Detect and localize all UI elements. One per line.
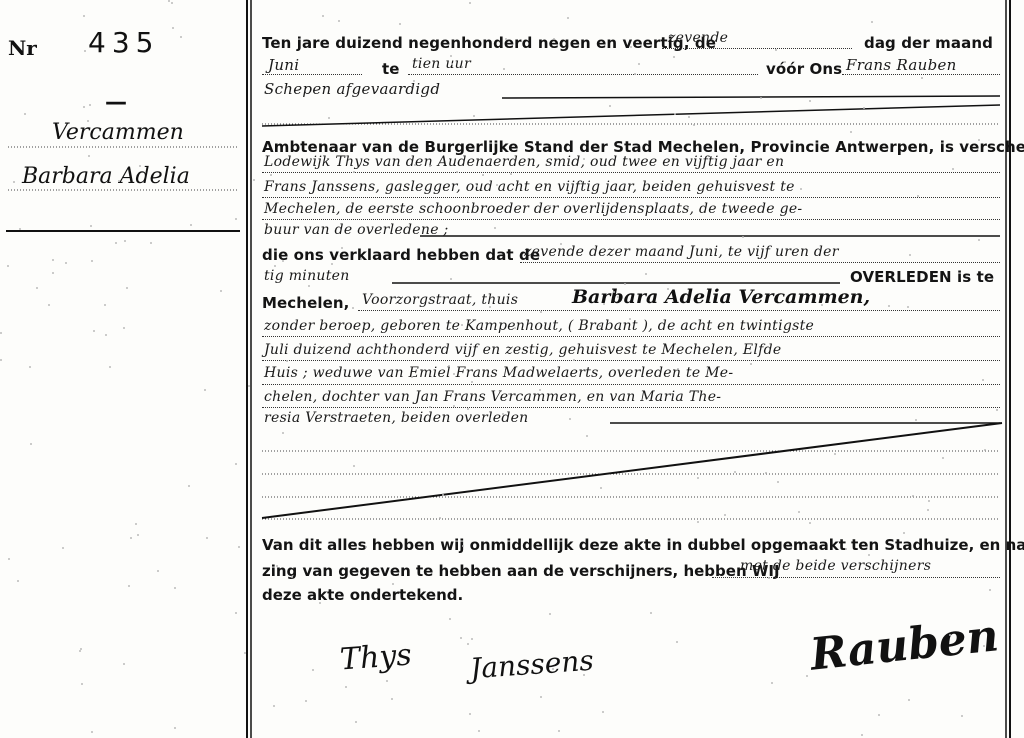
scan-noise <box>674 113 676 115</box>
witness-line-1-rule <box>262 172 1000 173</box>
scan-noise <box>319 602 321 604</box>
witness-line-4: buur van de overledene ; <box>264 222 449 238</box>
margin-surname: Vercammen <box>52 120 184 145</box>
te-label: te <box>382 60 400 78</box>
detail-line-2: Juli duizend achthonderd vijf en zestig,… <box>264 342 781 358</box>
scan-noise <box>908 699 910 701</box>
scan-noise <box>949 634 951 636</box>
time-value: tig minuten <box>264 268 350 284</box>
month-field-line <box>262 74 362 75</box>
hour-field-line <box>408 74 758 75</box>
scan-noise <box>514 327 516 329</box>
scan-noise <box>613 291 615 293</box>
record-number: 435 <box>88 26 159 59</box>
scan-noise <box>989 589 991 591</box>
scan-noise <box>413 80 415 82</box>
scan-noise <box>502 413 504 415</box>
scan-noise <box>771 682 773 684</box>
declared-prefix: die ons verklaard hebben dat de <box>262 246 540 264</box>
scan-noise <box>89 104 91 106</box>
scan-noise <box>448 365 450 367</box>
scan-noise <box>777 481 779 483</box>
scan-noise <box>467 408 469 410</box>
scan-noise <box>83 106 85 108</box>
scan-noise <box>174 587 176 589</box>
detail-line-4: chelen, dochter van Jan Frans Vercammen,… <box>264 389 721 405</box>
scan-noise <box>471 381 473 383</box>
scan-noise <box>124 240 126 242</box>
scan-noise <box>978 139 980 141</box>
scan-noise <box>282 432 284 434</box>
scan-noise <box>583 158 585 160</box>
detail-line-5: resia Verstraeten, beiden overleden <box>264 410 528 426</box>
scan-noise <box>461 66 463 68</box>
scan-noise <box>469 713 471 715</box>
scan-noise <box>809 522 811 524</box>
scan-noise <box>775 49 777 51</box>
scan-noise <box>638 63 640 65</box>
scan-noise <box>276 565 278 567</box>
scan-noise <box>461 324 463 326</box>
scan-noise <box>508 393 510 395</box>
scan-noise <box>927 509 929 511</box>
scan-noise <box>81 683 83 685</box>
scan-noise <box>79 650 81 652</box>
scan-noise <box>411 376 413 378</box>
scan-noise <box>429 165 431 167</box>
scan-noise <box>135 523 137 525</box>
scan-noise <box>168 0 170 2</box>
address: Voorzorgstraat, thuis <box>362 292 518 308</box>
scan-noise <box>567 17 569 19</box>
scan-noise <box>274 265 276 267</box>
scan-noise <box>583 674 585 676</box>
scan-noise <box>7 265 9 267</box>
scan-noise <box>878 714 880 716</box>
scan-noise <box>834 453 836 455</box>
scan-noise <box>760 97 762 99</box>
scan-noise <box>921 77 923 79</box>
scan-noise <box>308 285 310 287</box>
scan-noise <box>629 318 631 320</box>
scan-noise <box>503 68 505 70</box>
scan-noise <box>399 23 401 25</box>
scan-noise <box>83 15 85 17</box>
witness-line-3: Mechelen, de eerste schoonbroeder der ov… <box>264 201 802 217</box>
scan-noise <box>105 334 107 336</box>
scan-noise <box>915 419 917 421</box>
scan-noise <box>928 500 930 502</box>
detail-line-1: zonder beroep, geboren te Kampenhout, ( … <box>264 318 814 334</box>
scan-noise <box>115 242 117 244</box>
scan-noise <box>345 686 347 688</box>
scan-noise <box>667 288 669 290</box>
scan-noise <box>609 105 611 107</box>
scan-noise <box>130 537 132 539</box>
scan-noise <box>600 487 602 489</box>
scan-noise <box>552 668 554 670</box>
scan-noise <box>909 254 911 256</box>
scan-noise <box>494 227 496 229</box>
scan-noise <box>601 346 603 348</box>
detail-rule-1 <box>262 336 1000 337</box>
scan-noise <box>282 260 284 262</box>
scan-noise <box>868 554 870 556</box>
scan-noise <box>248 385 250 387</box>
scan-noise <box>174 727 176 729</box>
scan-noise <box>137 534 139 536</box>
witness-line-3-rule <box>262 219 1000 220</box>
scan-noise <box>29 366 31 368</box>
scan-noise <box>845 548 847 550</box>
scan-noise <box>650 612 652 614</box>
scan-noise <box>58 189 60 191</box>
scan-noise <box>206 537 208 539</box>
scan-noise <box>65 262 67 264</box>
scan-noise <box>673 56 675 58</box>
scan-noise <box>87 120 89 122</box>
mechelen-label: Mechelen, <box>262 294 349 312</box>
scan-noise <box>104 304 106 306</box>
scan-noise <box>560 243 562 245</box>
scan-noise <box>734 471 736 473</box>
closing-line-1: Van dit alles hebben wij onmiddellijk de… <box>262 536 1024 554</box>
scan-noise <box>365 546 367 548</box>
scan-noise <box>52 259 54 261</box>
scan-noise <box>549 613 551 615</box>
scan-noise <box>462 545 464 547</box>
hour-value: tien uur <box>412 56 471 72</box>
scan-noise <box>549 205 551 207</box>
scan-noise <box>553 38 555 40</box>
scan-noise <box>109 366 111 368</box>
scan-noise <box>863 107 865 109</box>
scan-noise <box>0 332 2 334</box>
signature-witness-1: Thys <box>339 638 413 678</box>
scan-noise <box>355 721 357 723</box>
scan-noise <box>478 730 480 732</box>
scan-noise <box>630 46 632 48</box>
witness-line-2-rule <box>262 197 1000 198</box>
scan-noise <box>88 155 90 157</box>
scan-noise <box>24 113 26 115</box>
scan-noise <box>150 242 152 244</box>
scan-noise <box>724 514 726 516</box>
scan-noise <box>903 532 905 534</box>
scan-noise <box>341 247 343 249</box>
scan-noise <box>765 472 767 474</box>
scan-noise <box>118 180 120 182</box>
scan-noise <box>30 443 32 445</box>
scan-noise <box>19 228 21 230</box>
scan-noise <box>469 2 471 4</box>
scan-noise <box>139 165 141 167</box>
scan-noise <box>456 171 458 173</box>
scan-noise <box>305 700 307 702</box>
scan-noise <box>540 696 542 698</box>
scan-noise <box>450 55 452 57</box>
scan-noise <box>942 457 944 459</box>
official-title: Schepen afgevaardigd <box>264 80 440 98</box>
scan-noise <box>180 36 182 38</box>
scan-noise <box>509 518 511 520</box>
scan-noise <box>983 645 985 647</box>
scan-noise <box>331 263 333 265</box>
day-field-line <box>662 48 852 49</box>
scan-noise <box>17 580 19 582</box>
scan-noise <box>806 675 808 677</box>
scan-noise <box>36 287 38 289</box>
record-number-label: Nr <box>8 36 37 60</box>
scan-noise <box>510 173 512 175</box>
scan-noise <box>48 304 50 306</box>
scan-noise <box>996 409 998 411</box>
scan-noise <box>442 494 444 496</box>
scan-noise <box>62 547 64 549</box>
scan-noise <box>123 327 125 329</box>
margin-dash: — <box>105 90 127 115</box>
scan-noise <box>273 705 275 707</box>
scan-noise <box>451 63 453 65</box>
scan-noise <box>439 517 441 519</box>
official-name: Frans Rauben <box>846 56 957 74</box>
scan-noise <box>84 50 86 52</box>
scan-noise <box>586 435 588 437</box>
witness-line-2: Frans Janssens, gaslegger, oud acht en v… <box>264 179 795 195</box>
scan-noise <box>676 641 678 643</box>
scan-noise <box>697 477 699 479</box>
declared-rule <box>520 262 1000 263</box>
scan-noise <box>322 15 324 17</box>
scan-noise <box>917 195 919 197</box>
declared-value: zevende dezer maand Juni, te vijf uren d… <box>524 244 839 260</box>
scan-noise <box>90 225 92 227</box>
scan-noise <box>912 495 914 497</box>
scan-noise <box>952 168 954 170</box>
scan-noise <box>220 290 222 292</box>
scan-noise <box>460 637 462 639</box>
scan-noise <box>91 260 93 262</box>
scan-noise <box>391 698 393 700</box>
scan-noise <box>569 418 571 420</box>
scan-noise <box>0 359 2 361</box>
scan-noise <box>123 663 125 665</box>
scan-noise <box>599 325 601 327</box>
scan-noise <box>573 359 575 361</box>
scan-noise <box>235 612 237 614</box>
scan-noise <box>984 449 986 451</box>
scan-noise <box>407 209 409 211</box>
scan-noise <box>702 544 704 546</box>
scan-noise <box>52 272 54 274</box>
detail-rule-3 <box>262 384 1000 385</box>
detail-rule-4 <box>262 407 1000 408</box>
form-line1-prefix: Ten jare duizend negenhonderd negen en v… <box>262 34 716 52</box>
scan-noise <box>188 485 190 487</box>
scan-noise <box>453 373 455 375</box>
scan-noise <box>467 643 469 645</box>
scan-noise <box>505 38 507 40</box>
scan-noise <box>253 179 255 181</box>
scan-noise <box>338 20 340 22</box>
scan-noise <box>204 389 206 391</box>
form-line1-suffix: dag der maand <box>864 34 993 52</box>
scan-noise <box>907 306 909 308</box>
scan-noise <box>352 307 354 309</box>
scan-noise <box>238 546 240 548</box>
witness-line-1: Lodewijk Thys van den Audenaerden, smid,… <box>264 154 784 170</box>
scan-noise <box>414 164 416 166</box>
scan-noise <box>634 73 636 75</box>
scan-noise <box>558 730 560 732</box>
scan-noise <box>617 296 619 298</box>
scan-noise <box>850 131 852 133</box>
scan-noise <box>128 585 130 587</box>
detail-rule-2 <box>262 360 1000 361</box>
scan-noise <box>449 618 451 620</box>
official-field-line <box>842 74 1000 75</box>
scan-noise <box>742 236 744 238</box>
scan-noise <box>961 715 963 717</box>
scan-noise <box>602 711 604 713</box>
closing-value-rule <box>712 577 1000 578</box>
scan-noise <box>360 258 362 260</box>
day-value: zevende <box>668 30 728 46</box>
scan-noise <box>471 638 473 640</box>
detail-line-3: Huis ; weduwe van Emiel Frans Madwelaert… <box>264 365 733 381</box>
scan-noise <box>235 463 237 465</box>
scan-noise <box>624 283 626 285</box>
scan-noise <box>603 303 605 305</box>
scan-noise <box>13 181 15 183</box>
scan-noise <box>353 171 355 173</box>
scan-noise <box>798 511 800 513</box>
scan-noise <box>291 576 293 578</box>
scan-noise <box>982 379 984 381</box>
month-value: Juni <box>268 56 299 74</box>
scan-noise <box>286 360 288 362</box>
scan-noise <box>693 124 695 126</box>
voor-label: vóór Ons <box>766 60 842 78</box>
scan-noise <box>482 174 484 176</box>
scan-noise <box>157 570 159 572</box>
scan-noise <box>540 311 542 313</box>
overleden-label: OVERLEDEN is te <box>850 268 994 286</box>
scan-noise <box>353 465 355 467</box>
scan-noise <box>244 652 246 654</box>
scan-noise <box>453 405 455 407</box>
scan-noise <box>91 731 93 733</box>
scan-noise <box>697 521 699 523</box>
scan-noise <box>821 304 823 306</box>
scan-noise <box>93 330 95 332</box>
scan-noise <box>450 278 452 280</box>
scan-noise <box>429 406 431 408</box>
scan-noise <box>328 117 330 119</box>
scan-noise <box>476 185 478 187</box>
address-rule <box>358 310 1000 311</box>
scan-noise <box>172 27 174 29</box>
scan-noise <box>270 174 272 176</box>
scan-noise <box>871 21 873 23</box>
scan-noise <box>687 207 689 209</box>
scan-noise <box>677 368 679 370</box>
scan-noise <box>750 363 752 365</box>
scan-noise <box>171 2 173 4</box>
scan-noise <box>645 273 647 275</box>
scan-noise <box>312 669 314 671</box>
scan-noise <box>768 577 770 579</box>
scan-noise <box>688 116 690 118</box>
scan-noise <box>496 184 498 186</box>
scan-noise <box>489 306 491 308</box>
scan-noise <box>978 239 980 241</box>
scan-noise <box>126 287 128 289</box>
closing-line-2-value: met de beide verschijners <box>740 558 931 574</box>
scan-noise <box>784 61 786 63</box>
scan-noise <box>888 305 890 307</box>
scan-noise <box>8 558 10 560</box>
scan-noise <box>539 389 541 391</box>
scan-noise <box>392 583 394 585</box>
scan-noise <box>800 188 802 190</box>
scan-noise <box>809 100 811 102</box>
closing-line-2-prefix: zing van gegeven te hebben aan de versch… <box>262 562 780 580</box>
scan-noise <box>386 680 388 682</box>
scan-noise <box>473 115 475 117</box>
scan-noise <box>861 734 863 736</box>
margin-given-names: Barbara Adelia <box>22 164 190 189</box>
scan-noise <box>190 224 192 226</box>
closing-line-3: deze akte ondertekend. <box>262 586 463 604</box>
scan-noise <box>235 218 237 220</box>
